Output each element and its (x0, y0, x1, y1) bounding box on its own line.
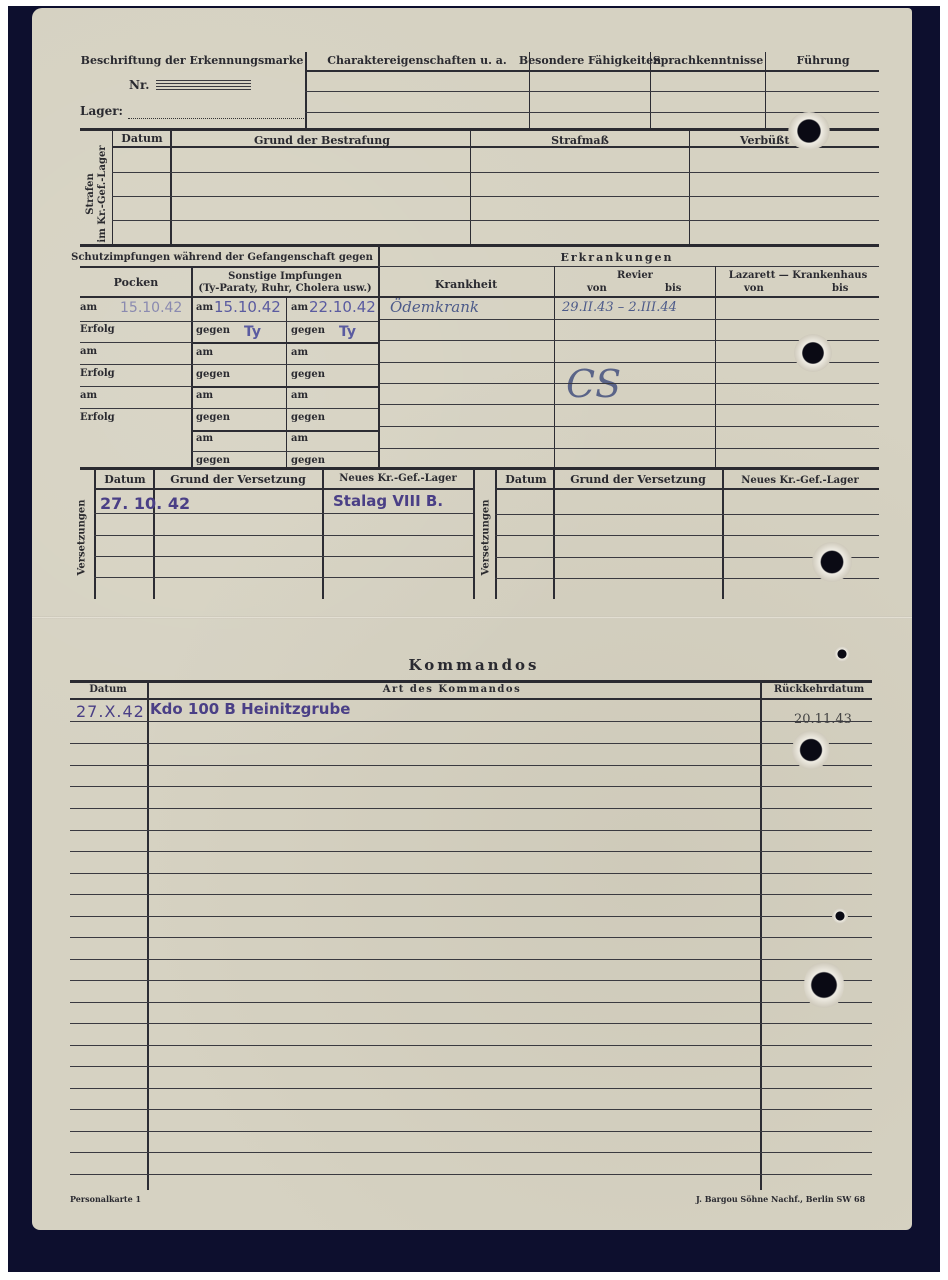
rule (380, 426, 879, 427)
row-label: gegen (291, 412, 325, 423)
versetzung-left-col-datum: Datum (104, 473, 145, 486)
footer-printer: J. Bargou Söhne Nachf., Berlin SW 68 (696, 1194, 865, 1204)
nr-label: Nr. (129, 78, 149, 92)
row-label: Erfolg (80, 368, 115, 379)
row-label: Erfolg (80, 324, 115, 335)
rule (112, 220, 879, 221)
col-sprachkenntnisse: Sprachkenntnisse (653, 54, 764, 67)
row-label: am (196, 433, 213, 444)
rule (192, 408, 378, 409)
versetzung-lager-value: Stalag VIII B. (333, 492, 443, 510)
rule (80, 342, 192, 343)
lazarett-bis: bis (832, 283, 848, 294)
schutzimpfungen-title: Schutzimpfungen während der Gefangenscha… (71, 252, 373, 263)
kommandos-col-rueckkehr: Rückkehrdatum (774, 684, 864, 695)
krankheit-header: Krankheit (435, 278, 497, 291)
sonstige-header-1: Sonstige Impfungen (228, 271, 342, 282)
row-label: am (80, 390, 97, 401)
row-label: am (196, 347, 213, 358)
versetzung-left-col-grund: Grund der Versetzung (170, 473, 306, 486)
rule (80, 408, 192, 409)
versetzung-right-col-lager: Neues Kr.-Gef.-Lager (741, 475, 859, 486)
lazarett-header: Lazarett — Krankenhaus (729, 270, 867, 281)
row-label: am (291, 433, 308, 444)
rule (380, 404, 879, 405)
sonstige2-gegen-value: Ty (339, 324, 356, 340)
divider (715, 266, 716, 468)
kommando-datum-value: 27.X.42 (76, 702, 145, 721)
pocken-header: Pocken (114, 276, 159, 289)
rule (495, 535, 879, 536)
kommandos-title: Kommandos (408, 656, 539, 674)
rule (380, 383, 879, 384)
divider (554, 266, 555, 468)
rule (192, 364, 378, 365)
row-label: am (291, 302, 308, 313)
strafen-side-label: Strafen im Kr.-Gef.-Lager (85, 139, 109, 249)
kommando-art-value: Kdo 100 B Heinitzgrube (150, 700, 350, 718)
row-label: gegen (196, 325, 230, 336)
rule (495, 514, 879, 515)
rule (94, 513, 473, 514)
rule (192, 430, 378, 432)
row-label: am (80, 302, 97, 313)
divider (760, 680, 762, 1190)
rule (192, 321, 378, 322)
versetzung-left-col-lager: Neues Kr.-Gef.-Lager (339, 473, 457, 484)
rule (94, 488, 473, 490)
divider (650, 52, 651, 128)
rule (80, 266, 378, 268)
divider (378, 246, 380, 468)
punch-hole (812, 542, 852, 582)
rule (380, 448, 879, 449)
punch-hole (794, 334, 832, 372)
rule (80, 244, 879, 247)
kommandos-col-datum: Datum (89, 684, 127, 695)
col-charaktereigenschaften: Charaktereigenschaften u. a. (327, 54, 506, 67)
rule (94, 535, 473, 536)
rule (80, 321, 192, 322)
col-fuehrung: Führung (796, 54, 849, 67)
rule (192, 386, 378, 388)
rule (94, 577, 473, 578)
row-label: am (80, 346, 97, 357)
rule (80, 467, 879, 470)
rule (380, 319, 879, 320)
revier-von: von (587, 283, 607, 294)
rule (80, 364, 192, 365)
versetzung-right-col-grund: Grund der Versetzung (570, 473, 706, 486)
rule (80, 128, 879, 131)
rule (192, 342, 378, 344)
footer-form-number: Personalkarte 1 (70, 1194, 141, 1204)
divider (473, 469, 475, 599)
punch-hole (834, 646, 850, 662)
sonstige-header-2: (Ty-Paraty, Ruhr, Cholera usw.) (198, 283, 371, 294)
sonstige2-am-value: 22.10.42 (309, 298, 376, 316)
erkennungsmarke-title: Beschriftung der Erkennungsmarke (81, 54, 304, 67)
signature: CS (566, 362, 621, 406)
rule (112, 146, 879, 148)
punch-hole (787, 112, 831, 150)
strafen-col-datum: Datum (121, 132, 162, 145)
row-label: gegen (196, 369, 230, 380)
row-label: am (291, 390, 308, 401)
revier-bis: bis (665, 283, 681, 294)
versetzung-right-col-datum: Datum (505, 473, 546, 486)
versetzungen-side-label-left: Versetzungen (77, 498, 88, 578)
revier-value: 29.II.43 – 2.III.44 (562, 300, 677, 315)
rule (80, 296, 879, 298)
row-label: am (196, 302, 213, 313)
personalkarte-card: Beschriftung der Erkennungsmarke Nr. Lag… (32, 8, 912, 1230)
sonstige1-gegen-value: Ty (244, 324, 261, 340)
rule (112, 172, 879, 173)
versetzungen-side-label-right: Versetzungen (481, 498, 492, 578)
lazarett-von: von (744, 283, 764, 294)
row-label: Erfolg (80, 412, 115, 423)
rule (305, 70, 879, 72)
divider (765, 52, 766, 128)
rule (378, 266, 879, 267)
lager-label: Lager: (80, 104, 123, 118)
col-besondere-faehigkeiten: Besondere Fähigkeiten (519, 54, 661, 67)
revier-header: Revier (617, 270, 653, 281)
rule (495, 488, 879, 490)
punch-hole (832, 908, 848, 924)
krankheit-value: Ödemkrank (390, 298, 479, 316)
rule (80, 386, 192, 387)
punch-hole (792, 730, 830, 770)
kommandos-col-art: Art des Kommandos (383, 684, 521, 695)
rule (192, 451, 378, 452)
row-label: gegen (196, 412, 230, 423)
rule (305, 91, 879, 92)
row-label: gegen (196, 455, 230, 466)
rule (112, 196, 879, 197)
row-label: gegen (291, 455, 325, 466)
nr-field[interactable] (156, 78, 251, 90)
lager-field[interactable] (128, 118, 304, 119)
paper-fold (32, 616, 912, 619)
punch-hole (804, 960, 844, 1010)
row-label: am (196, 390, 213, 401)
rule (305, 112, 879, 113)
row-label: gegen (291, 369, 325, 380)
rule (70, 680, 872, 683)
versetzung-datum-value: 27. 10. 42 (100, 494, 190, 513)
row-label: am (291, 347, 308, 358)
sonstige1-am-value: 15.10.42 (214, 298, 281, 316)
rule (94, 556, 473, 557)
divider (147, 680, 149, 1190)
kommando-rueckkehr-value: 20.11.43 (794, 712, 852, 727)
pocken-am-value: 15.10.42 (120, 300, 182, 316)
erkrankungen-title: Erkrankungen (560, 251, 673, 264)
row-label: gegen (291, 325, 325, 336)
